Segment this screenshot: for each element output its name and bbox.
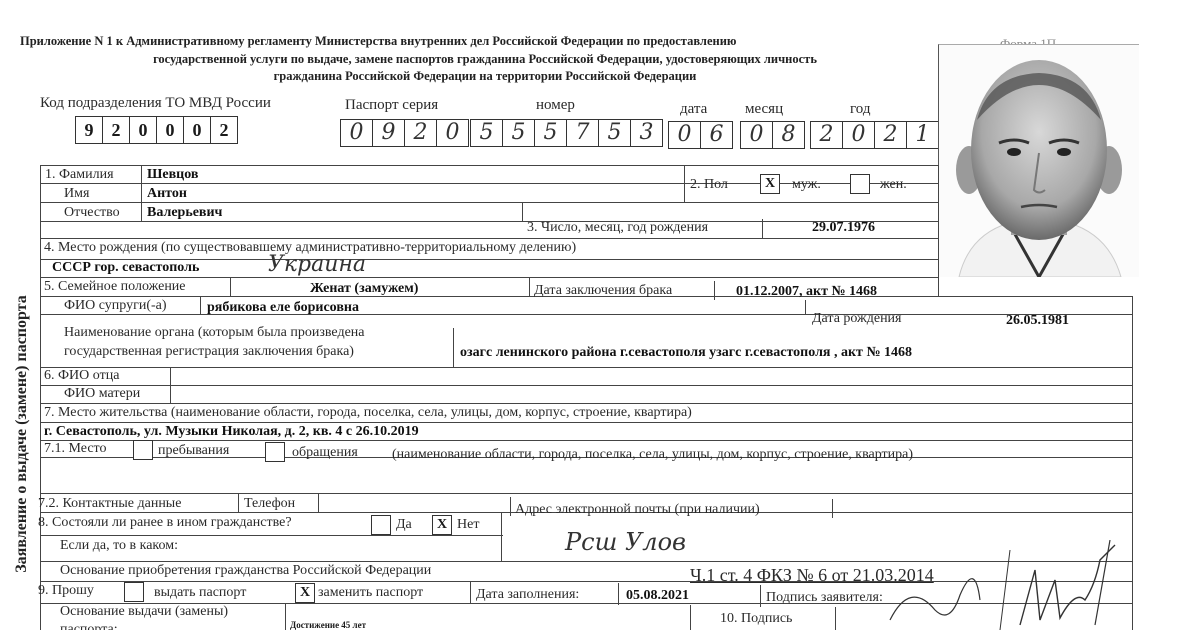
request-issue-label: выдать паспорт — [154, 585, 246, 601]
issue-basis-field[interactable]: Достижение 45 лет — [290, 620, 366, 630]
passport-series-label: Паспорт серия — [345, 97, 438, 114]
grid-line — [684, 165, 685, 202]
birthplace-field[interactable]: СССР гор. севастополь — [52, 260, 199, 276]
citizenship-no-checkbox[interactable]: X — [432, 515, 452, 535]
stay-label: 7.1. Место — [44, 441, 106, 457]
spouse-dob-field[interactable]: 26.05.1981 — [1006, 313, 1069, 329]
passport-number-cells: 5 5 5 7 5 3 — [470, 119, 663, 147]
patronymic-label: Отчество — [64, 205, 120, 221]
fill-date-field[interactable]: 05.08.2021 — [626, 588, 689, 604]
request-replace-label: заменить паспорт — [318, 585, 423, 601]
department-code-digit: 0 — [130, 117, 157, 143]
year-label: год — [850, 101, 870, 118]
name-label: Имя — [64, 186, 89, 202]
grid-line — [760, 585, 761, 607]
contacts-label: 7.2. Контактные данные — [38, 496, 181, 512]
grid-line — [40, 367, 1132, 368]
stay-hint: (наименование области, города, поселка, … — [392, 447, 913, 463]
month-digit: 8 — [773, 122, 804, 148]
issue-basis-label-1: Основание выдачи (замены) — [60, 604, 228, 620]
grid-line — [835, 607, 836, 630]
spouse-dob-label: Дата рождения — [812, 311, 902, 327]
spouse-label: ФИО супруги(-а) — [64, 298, 167, 314]
grid-line — [618, 583, 619, 605]
grid-line — [40, 440, 1132, 441]
marital-label: 5. Семейное положение — [44, 279, 186, 295]
grid-line — [453, 328, 454, 367]
year-cells: 2 0 2 1 — [810, 121, 939, 149]
citizenship-basis-label: Основание приобретения гражданства Росси… — [60, 563, 431, 579]
department-code-digit: 0 — [184, 117, 211, 143]
grid-line — [40, 221, 938, 222]
request-label: 9. Прошу — [38, 583, 94, 599]
applicant-photo — [938, 44, 1139, 277]
number-digit: 5 — [503, 120, 535, 146]
citizenship-yes-checkbox[interactable] — [371, 515, 391, 535]
citizenship-yes-label: Да — [396, 517, 412, 533]
fill-date-label: Дата заполнения: — [476, 587, 579, 603]
signature-scribble — [880, 540, 1140, 630]
stay-checkbox[interactable] — [133, 440, 153, 460]
residence-label: 7. Место жительства (наименование област… — [44, 405, 692, 421]
day-cells: 0 6 — [668, 121, 733, 149]
grid-line — [938, 165, 939, 296]
header-line-1: Приложение N 1 к Административному регла… — [20, 33, 930, 50]
residence-field[interactable]: г. Севастополь, ул. Музыки Николая, д. 2… — [44, 424, 419, 440]
grid-line — [805, 300, 806, 314]
marriage-date-field[interactable]: 01.12.2007, акт № 1468 — [736, 284, 877, 300]
marital-field[interactable]: Женат (замужем) — [310, 281, 418, 297]
applicant-signature-label: Подпись заявителя: — [766, 590, 883, 606]
grid-line — [832, 499, 833, 518]
mother-label: ФИО матери — [64, 386, 140, 402]
department-code-label: Код подразделения ТО МВД России — [40, 95, 271, 112]
father-label: 6. ФИО отца — [44, 368, 119, 384]
dob-field[interactable]: 29.07.1976 — [812, 220, 875, 236]
department-code-digit: 2 — [103, 117, 130, 143]
grid-line — [40, 385, 1132, 386]
grid-line — [690, 605, 691, 630]
stay-option1-label: пребывания — [158, 443, 229, 459]
department-code-cells: 9 2 0 0 0 2 — [75, 116, 238, 144]
year-digit: 1 — [907, 122, 938, 148]
grid-line — [529, 277, 530, 296]
name-field[interactable]: Антон — [147, 186, 187, 202]
series-digit: 9 — [373, 120, 405, 146]
department-code-digit: 2 — [211, 117, 237, 143]
number-digit: 3 — [631, 120, 662, 146]
month-label: месяц — [745, 101, 783, 118]
series-digit: 2 — [405, 120, 437, 146]
day-digit: 6 — [701, 122, 732, 148]
issue-basis-label-2: паспорта: — [60, 622, 118, 630]
series-digit: 0 — [437, 120, 468, 146]
day-label: дата — [680, 101, 707, 118]
grid-line — [141, 165, 142, 222]
number-digit: 7 — [567, 120, 599, 146]
grid-line — [40, 165, 41, 630]
department-code-digit: 0 — [157, 117, 184, 143]
day-digit: 0 — [669, 122, 701, 148]
citizenship-no-label: Нет — [457, 517, 479, 533]
marriage-date-label: Дата заключения брака — [534, 283, 672, 299]
stay-option2-label: обращения — [292, 445, 358, 461]
registry-label-2: государственная регистрация заключения б… — [64, 344, 354, 360]
phone-label: Телефон — [244, 496, 295, 512]
grid-line — [200, 296, 201, 314]
year-digit: 0 — [843, 122, 875, 148]
dob-label: 3. Число, месяц, год рождения — [527, 220, 708, 236]
header-line-3: гражданина Российской Федерации на терри… — [20, 68, 950, 85]
grid-line — [230, 277, 231, 296]
month-cells: 0 8 — [740, 121, 805, 149]
sex-female-checkbox[interactable] — [850, 174, 870, 194]
request-issue-checkbox[interactable] — [124, 582, 144, 602]
email-label: Адрес электронной почты (при наличии) — [515, 502, 760, 518]
month-digit: 0 — [741, 122, 773, 148]
grid-line — [40, 165, 938, 166]
grid-line — [40, 238, 938, 239]
registry-field[interactable]: озагс ленинского района г.севастополя уз… — [460, 345, 912, 361]
year-digit: 2 — [811, 122, 843, 148]
grid-line — [470, 581, 471, 603]
number-digit: 5 — [599, 120, 631, 146]
grid-line — [501, 512, 502, 561]
citizenship-which-label: Если да, то в каком: — [60, 538, 178, 554]
passport-series-cells: 0 9 2 0 — [340, 119, 469, 147]
sex-label: 2. Пол — [690, 177, 728, 193]
grid-line — [510, 497, 511, 516]
grid-line — [762, 219, 763, 238]
birthplace-handwritten: Украина — [268, 252, 366, 277]
number-digit: 5 — [535, 120, 567, 146]
appeal-checkbox[interactable] — [265, 442, 285, 462]
department-code-digit: 9 — [76, 117, 103, 143]
grid-line — [714, 281, 715, 300]
series-digit: 0 — [341, 120, 373, 146]
side-title: Заявление о выдаче (замене) паспорта — [13, 274, 31, 594]
request-replace-checkbox[interactable]: X — [295, 583, 315, 603]
portrait-image — [939, 45, 1139, 277]
grid-line — [40, 493, 1132, 494]
grid-line — [40, 277, 938, 278]
year-digit: 2 — [875, 122, 907, 148]
grid-line — [40, 202, 938, 203]
passport-number-label: номер — [536, 97, 575, 114]
grid-line — [40, 314, 1132, 315]
number-digit: 5 — [471, 120, 503, 146]
grid-line — [238, 493, 239, 512]
grid-line — [318, 493, 319, 512]
registry-label-1: Наименование органа (которым была произв… — [64, 325, 365, 341]
spouse-field[interactable]: рябикова еле борисовна — [207, 300, 359, 316]
grid-line — [522, 202, 523, 221]
surname-field[interactable]: Шевцов — [147, 167, 198, 183]
header-line-2: государственной услуги по выдаче, замене… — [20, 51, 950, 68]
patronymic-field[interactable]: Валерьевич — [147, 205, 222, 221]
sex-male-label: муж. — [792, 177, 821, 193]
sex-male-checkbox[interactable]: X — [760, 174, 780, 194]
grid-line — [40, 422, 1132, 423]
sex-female-label: жен. — [880, 177, 907, 193]
grid-line — [170, 367, 171, 403]
signature10-label: 10. Подпись — [720, 611, 792, 627]
grid-line — [40, 403, 1132, 404]
surname-label: 1. Фамилия — [45, 167, 114, 183]
grid-line — [285, 603, 286, 630]
grid-line — [40, 535, 503, 536]
citizenship-label: 8. Состояли ли ранее в ином гражданстве? — [38, 515, 292, 531]
citizenship-handwritten: Рсш Улов — [565, 528, 686, 556]
